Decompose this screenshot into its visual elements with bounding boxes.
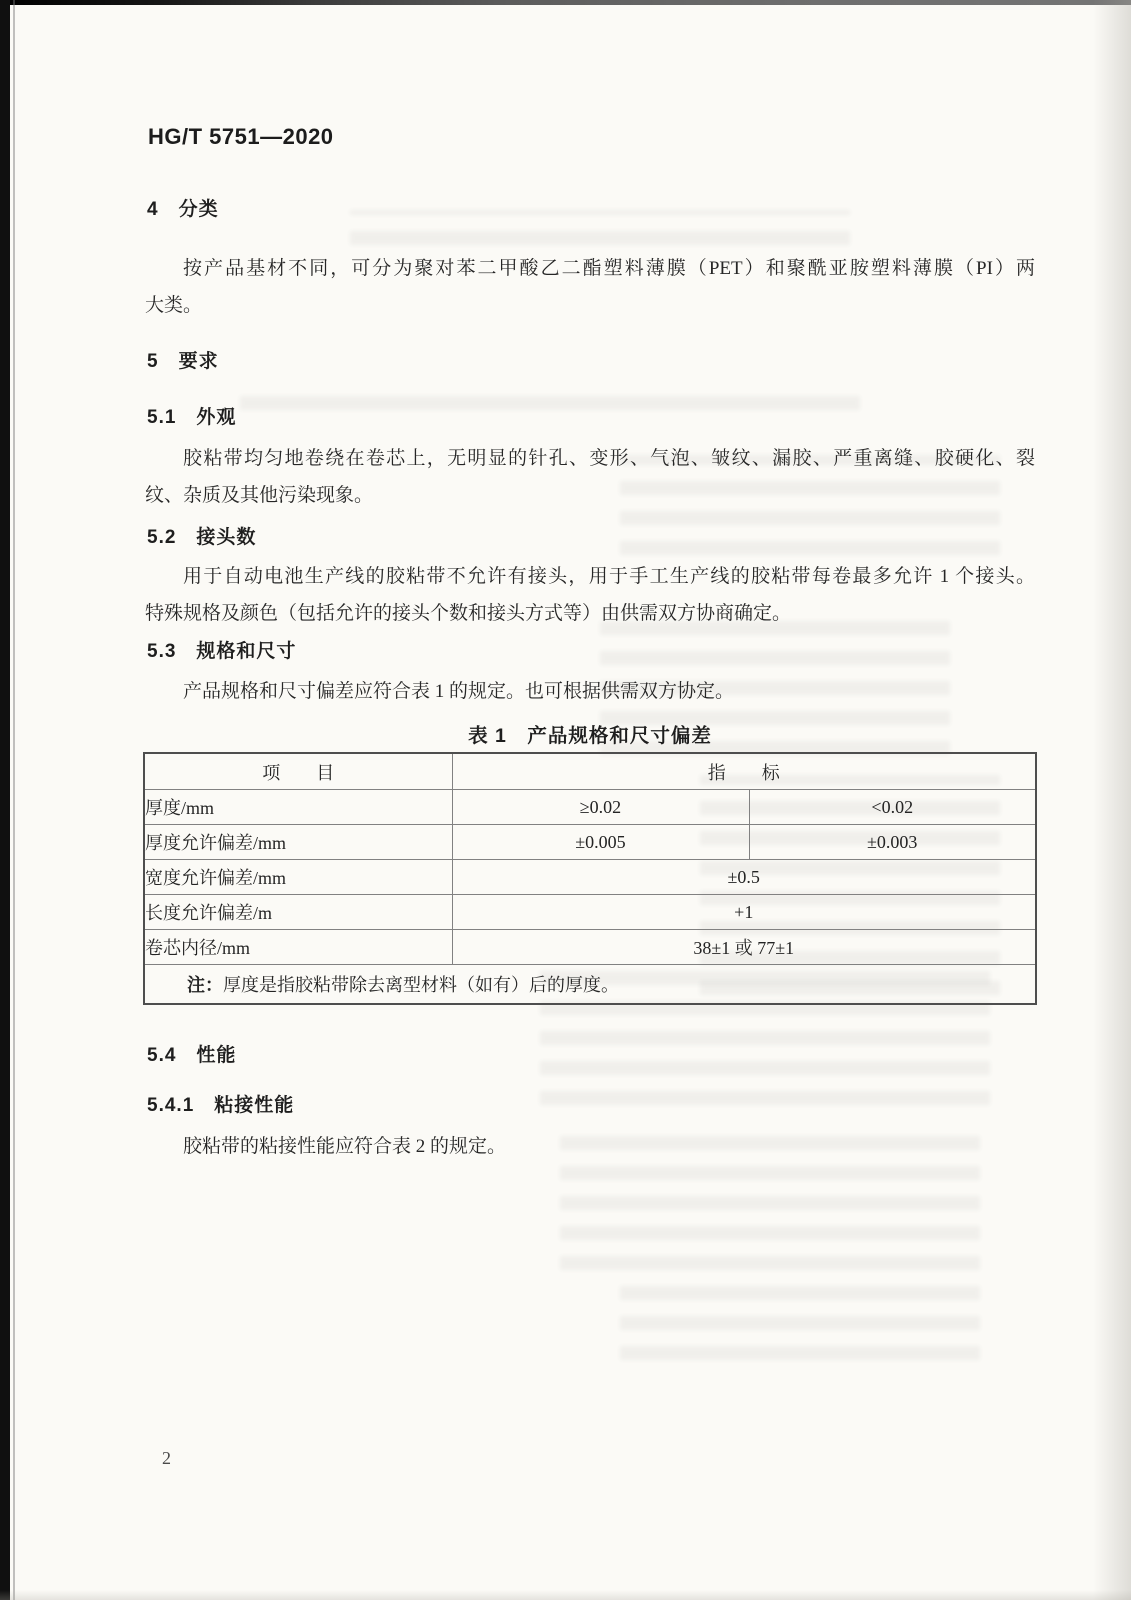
scan-bottom-shadow [0, 1590, 1131, 1600]
paragraph-line: 特殊规格及颜色（包括允许的接头个数和接头方式等）由供需双方协商确定。 [145, 595, 1035, 632]
paragraph-line: 按产品基材不同，可分为聚对苯二甲酸乙二酯塑料薄膜（PET）和聚酰亚胺塑料薄膜（P… [145, 250, 1035, 287]
paragraph-line: 胶粘带的粘接性能应符合表 2 的规定。 [145, 1128, 1035, 1165]
section-heading-5: 5 要求 [147, 346, 219, 373]
section-heading-5-1: 5.1 外观 [147, 402, 236, 429]
table-note: 注：厚度是指胶粘带除去离型材料（如有）后的厚度。 [144, 965, 1036, 1005]
section-heading-4: 4 分类 [147, 194, 219, 221]
table-cell-label: 卷芯内径/mm [144, 930, 452, 965]
paragraph-joints: 用于自动电池生产线的胶粘带不允许有接头，用于手工生产线的胶粘带每卷最多允许 1 … [145, 558, 1035, 632]
table-cell-value: ≥0.02 [452, 790, 749, 825]
scan-artifact [620, 1280, 980, 1360]
scan-left-crease [13, 0, 15, 1600]
scan-top-edge [0, 0, 1131, 5]
scanned-document-page: HG/T 5751—2020 4 分类 按产品基材不同，可分为聚对苯二甲酸乙二酯… [0, 0, 1131, 1600]
table-cell-label: 厚度/mm [144, 790, 452, 825]
table-cell-label: 长度允许偏差/m [144, 895, 452, 930]
table-1: 项 目 指 标 厚度/mm ≥0.02 <0.02 厚度允许偏差/mm ±0.0… [143, 752, 1037, 1005]
table-note-label: 注： [187, 975, 223, 995]
scan-right-shadow [1093, 0, 1131, 1600]
table-header-item: 项 目 [144, 753, 452, 790]
section-heading-5-4-1: 5.4.1 粘接性能 [147, 1090, 294, 1117]
table-note-text: 厚度是指胶粘带除去离型材料（如有）后的厚度。 [223, 975, 619, 995]
doc-number: HG/T 5751—2020 [148, 124, 334, 150]
scan-artifact [240, 380, 860, 410]
table-note-row: 注：厚度是指胶粘带除去离型材料（如有）后的厚度。 [144, 965, 1036, 1005]
paragraph-line: 用于自动电池生产线的胶粘带不允许有接头，用于手工生产线的胶粘带每卷最多允许 1 … [145, 558, 1035, 595]
section-heading-5-4: 5.4 性能 [147, 1040, 236, 1067]
table-row: 宽度允许偏差/mm ±0.5 [144, 860, 1036, 895]
scan-left-edge [0, 0, 10, 1600]
table-cell-value: 38±1 或 77±1 [452, 930, 1036, 965]
paragraph-line: 大类。 [145, 287, 1035, 324]
table-header-index: 指 标 [452, 753, 1036, 790]
table-row: 厚度/mm ≥0.02 <0.02 [144, 790, 1036, 825]
table-cell-value: ±0.5 [452, 860, 1036, 895]
table-cell-label: 宽度允许偏差/mm [144, 860, 452, 895]
paragraph-line: 胶粘带均匀地卷绕在卷芯上，无明显的针孔、变形、气泡、皱纹、漏胶、严重离缝、胶硬化… [145, 440, 1035, 477]
paragraph-dimensions: 产品规格和尺寸偏差应符合表 1 的规定。也可根据供需双方协定。 [145, 673, 1035, 710]
table-cell-label: 厚度允许偏差/mm [144, 825, 452, 860]
table-cell-value: <0.02 [749, 790, 1036, 825]
page-number: 2 [162, 1448, 171, 1469]
section-heading-5-2: 5.2 接头数 [147, 522, 256, 549]
table-1-title: 表 1 产品规格和尺寸偏差 [145, 720, 1035, 748]
scan-artifact [350, 210, 850, 245]
table-cell-value: ±0.005 [452, 825, 749, 860]
table-header-row: 项 目 指 标 [144, 753, 1036, 790]
paragraph-appearance: 胶粘带均匀地卷绕在卷芯上，无明显的针孔、变形、气泡、皱纹、漏胶、严重离缝、胶硬化… [145, 440, 1035, 514]
table-row: 长度允许偏差/m +1 [144, 895, 1036, 930]
section-heading-5-3: 5.3 规格和尺寸 [147, 636, 296, 663]
paragraph-line: 纹、杂质及其他污染现象。 [145, 477, 1035, 514]
table-row: 厚度允许偏差/mm ±0.005 ±0.003 [144, 825, 1036, 860]
paragraph-adhesion: 胶粘带的粘接性能应符合表 2 的规定。 [145, 1128, 1035, 1165]
paragraph-line: 产品规格和尺寸偏差应符合表 1 的规定。也可根据供需双方协定。 [145, 673, 1035, 710]
table-cell-value: +1 [452, 895, 1036, 930]
table-cell-value: ±0.003 [749, 825, 1036, 860]
paragraph-classification: 按产品基材不同，可分为聚对苯二甲酸乙二酯塑料薄膜（PET）和聚酰亚胺塑料薄膜（P… [145, 250, 1035, 324]
table-row: 卷芯内径/mm 38±1 或 77±1 [144, 930, 1036, 965]
